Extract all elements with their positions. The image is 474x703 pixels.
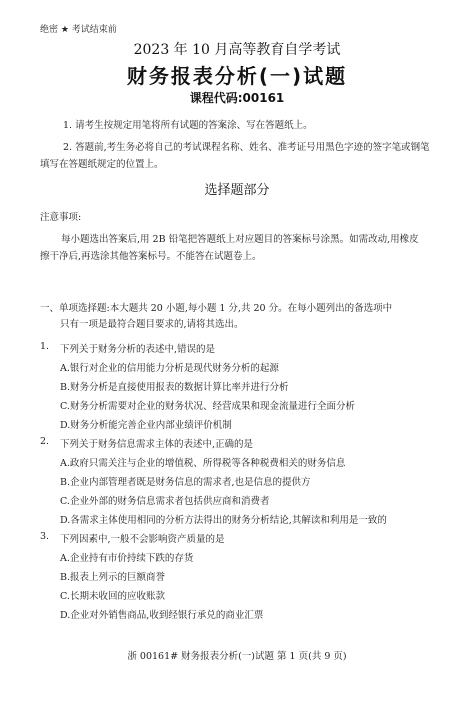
question-stem: 下列因素中,一般不会影响资产质量的是	[60, 531, 225, 545]
page-footer: 浙 00161# 财务报表分析(一)试题 第 1 页(共 9 页)	[0, 648, 474, 662]
course-code: 课程代码:00161	[0, 89, 474, 106]
part-one-heading-line2: 只有一项是最符合题目要求的,请将其选出。	[60, 316, 244, 330]
confidential-label: 绝密 ★ 考试结束前	[40, 22, 117, 35]
subject-title: 财务报表分析(一)试题	[0, 60, 474, 89]
option-d: D.企业对外销售商品,收到经银行承兑的商业汇票	[60, 607, 263, 621]
notice-line-2: 擦干净后,再选涂其他答案标号。不能答在试题卷上。	[40, 248, 262, 262]
option-d: D.各需求主体使用相同的分析方法得出的财务分析结论,其解读和利用是一致的	[60, 512, 387, 526]
question-number: 3.	[40, 531, 49, 542]
exam-title: 2023 年 10 月高等教育自学考试	[0, 39, 474, 59]
option-b: B.财务分析是直接使用报表的数据计算比率并进行分析	[60, 379, 289, 393]
part-one-heading: 一、单项选择题:本大题共 20 小题,每小题 1 分,共 20 分。在每小题列出…	[40, 300, 392, 314]
notice-label: 注意事项:	[40, 209, 81, 223]
instruction-1: 1. 请考生按规定用笔将所有试题的答案涂、写在答题纸上。	[63, 117, 313, 131]
question-number: 2.	[40, 436, 49, 447]
question-stem: 下列关于财务信息需求主体的表述中,正确的是	[60, 436, 253, 450]
section-title: 选择题部分	[0, 179, 474, 198]
option-b: B.报表上列示的巨额商誉	[60, 569, 165, 583]
option-a: A.银行对企业的信用能力分析是现代财务分析的起源	[60, 360, 279, 374]
option-c: C.财务分析需要对企业的财务状况、经营成果和现金流量进行全面分析	[60, 398, 355, 412]
option-a: A.政府只需关注与企业的增值税、所得税等各种税费相关的财务信息	[60, 455, 345, 469]
option-c: C.长期未收回的应收账款	[60, 588, 165, 602]
option-c: C.企业外部的财务信息需求者包括供应商和消费者	[60, 493, 269, 507]
notice-line-1: 每小题选出答案后,用 2B 铅笔把答题纸上对应题目的答案标号涂黑。如需改动,用橡…	[61, 231, 419, 245]
option-d: D.财务分析能完善企业内部业绩评价机制	[60, 417, 232, 431]
option-b: B.企业内部管理者既是财务信息的需求者,也是信息的提供方	[60, 474, 311, 488]
instruction-2-continued: 填写在答题纸规定的位置上。	[40, 156, 164, 170]
instruction-2: 2. 答题前,考生务必将自己的考试课程名称、姓名、准考证号用黑色字迹的签字笔或钢…	[63, 139, 430, 153]
option-a: A.企业持有市价持续下跌的存货	[60, 550, 193, 564]
question-stem: 下列关于财务分析的表述中,错误的是	[60, 341, 215, 355]
question-number: 1.	[40, 341, 49, 352]
